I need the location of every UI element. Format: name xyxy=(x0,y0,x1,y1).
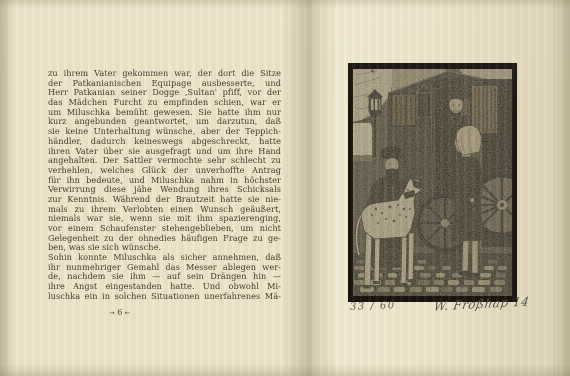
text-line: zu ihrem Vater gekommen war, der dort di… xyxy=(48,69,281,79)
text-line: sie keine Unterhaltung wünsche, aber der… xyxy=(48,127,281,137)
paragraph-1: zu ihrem Vater gekommen war, der dort di… xyxy=(48,69,281,253)
text-line: niemals war sie, wenn sie mit ihm spazie… xyxy=(48,214,281,224)
book-gutter-shadow xyxy=(282,0,334,376)
text-line: angehalten. Der Sattler vermochte sehr s… xyxy=(48,156,281,166)
text-line: de, nachdem sie ihm — auf sein Drängen h… xyxy=(48,272,281,282)
text-line: ben, was sie sich wünsche. xyxy=(48,243,281,253)
right-page-edge-shadow xyxy=(554,0,570,376)
text-line: händler, dadurch keineswegs abgeschreckt… xyxy=(48,137,281,147)
left-page-edge-shadow xyxy=(0,0,14,376)
text-line: luschka ein in solchen Situationen unerf… xyxy=(48,292,281,302)
text-line: ihr nunmehriger Gemahl das Messer ablege… xyxy=(48,263,281,273)
text-line: zur Kenntnis. Während der Brautzeit hatt… xyxy=(48,195,281,205)
page-number: →6← xyxy=(94,308,146,317)
text-line: ihre Angst eingestanden hatte. Und obwoh… xyxy=(48,282,281,292)
text-line: um Miluschka bemüht gewesen. Sie hatte i… xyxy=(48,108,281,118)
left-page-text-block: zu ihrem Vater gekommen war, der dort di… xyxy=(48,69,281,302)
text-line: kurz angebunden geantwortet, um darzutun… xyxy=(48,117,281,127)
text-line: mals zu ihrem Verlobten einen Wunsch geä… xyxy=(48,205,281,215)
text-line: ihren Vater über sie ausgefragt und um i… xyxy=(48,147,281,157)
page-number-ornament-left: → xyxy=(107,309,117,317)
right-page-crease xyxy=(553,0,556,376)
text-line: Sohin konnte Miluschka als sicher annehm… xyxy=(48,253,281,263)
text-line: vor einem Schaufenster stehengeblieben, … xyxy=(48,224,281,234)
woodcut-illustration xyxy=(348,63,517,302)
page-number-ornament-right: ← xyxy=(123,309,133,317)
text-line: für ihn bedeute, und Miluschka nahm in h… xyxy=(48,176,281,186)
text-line: der Patkanianischen Equipage ausbesserte… xyxy=(48,79,281,89)
woodcut-grain-light xyxy=(350,65,515,300)
edition-number: 33 / 60 xyxy=(350,300,396,313)
text-line: verhehlen, welches Glück der unverhoffte… xyxy=(48,166,281,176)
text-line: Herr Patkanian seiner Dogge ‚Sultan' pfi… xyxy=(48,88,281,98)
text-line: Verwirrung diese jähe Wendung ihres Schi… xyxy=(48,185,281,195)
text-line: Gelegenheit zu der ohnedies häufigen Fra… xyxy=(48,234,281,244)
page-number-value: 6 xyxy=(117,308,123,317)
book-spread: zu ihrem Vater gekommen war, der dort di… xyxy=(0,0,570,376)
text-line: das Mädchen Furcht zu empfinden schien, … xyxy=(48,98,281,108)
paragraph-2: Sohin konnte Miluschka als sicher annehm… xyxy=(48,253,281,301)
